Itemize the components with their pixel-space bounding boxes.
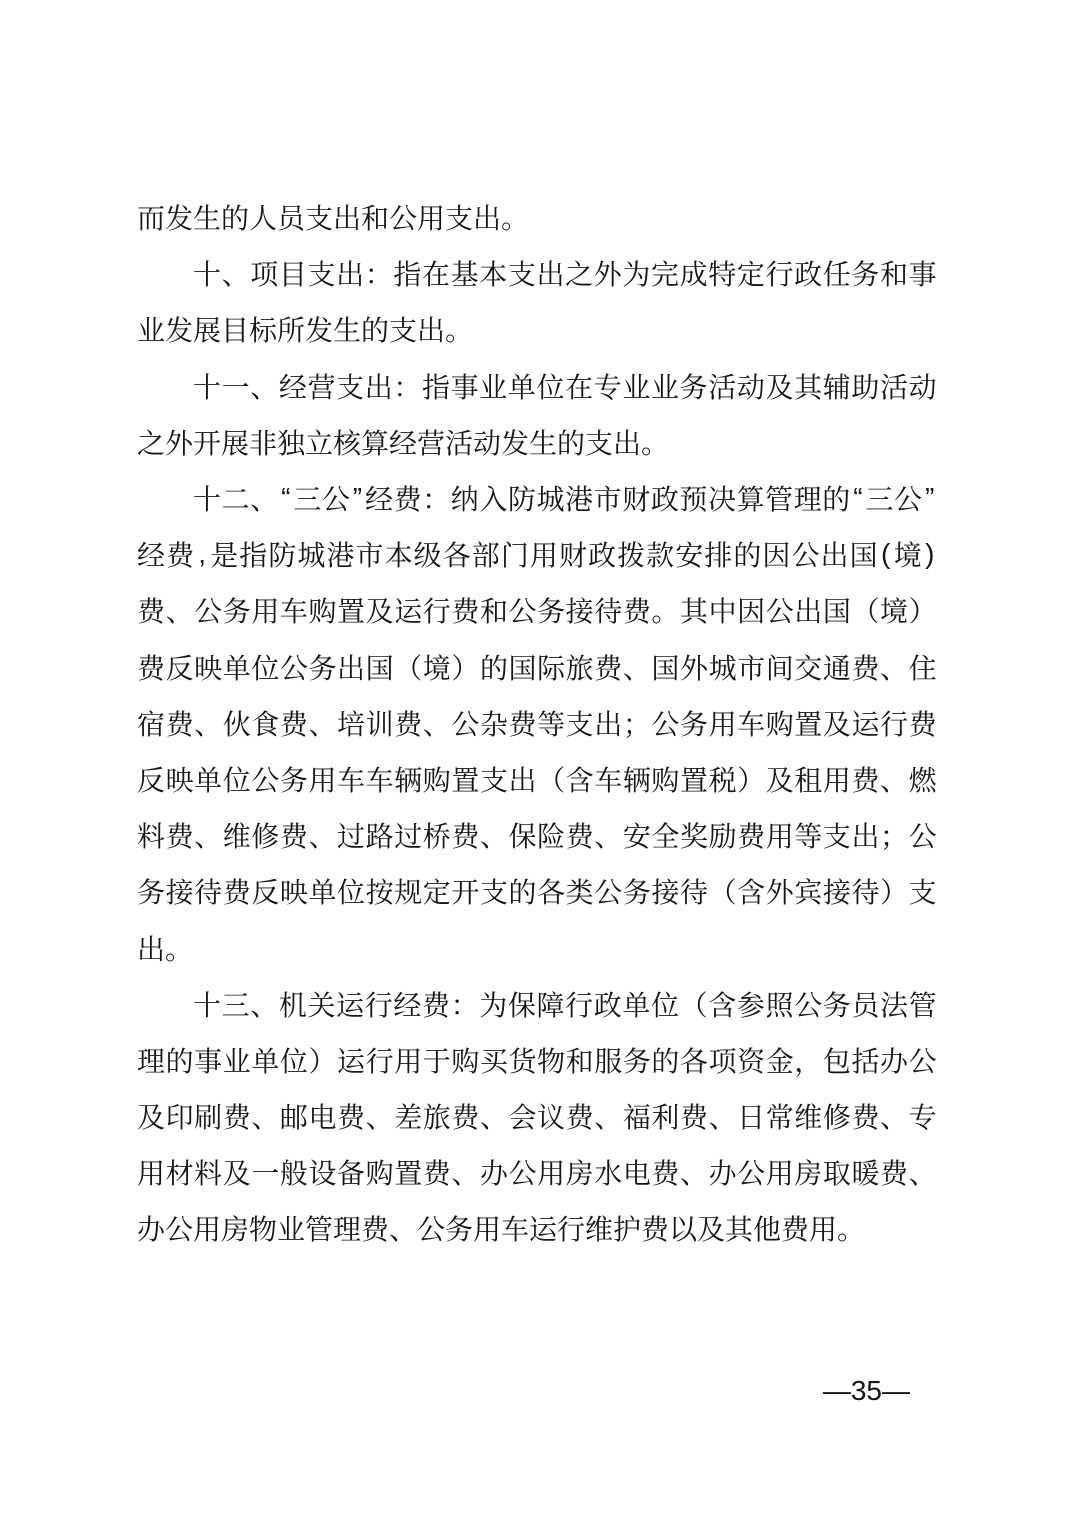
text-line: 业发展目标所发生的支出。: [137, 301, 937, 357]
document-page: 而发生的人员支出和公用支出。十、项目支出：指在基本支出之外为完成特定行政任务和事…: [0, 0, 1074, 1518]
text-line: 办公用房物业管理费、公务用车运行维护费以及其他费用。: [137, 1200, 937, 1256]
text-line: 出。: [137, 919, 937, 975]
text-line: 十、项目支出：指在基本支出之外为完成特定行政任务和事: [137, 245, 937, 301]
page-number: —35—: [823, 1377, 910, 1405]
text-line: 费反映单位公务出国（境）的国际旅费、国外城市间交通费、住: [137, 639, 937, 695]
text-line: 十一、经营支出：指事业单位在专业业务活动及其辅助活动: [137, 358, 937, 414]
text-line: 务接待费反映单位按规定开支的各类公务接待（含外宾接待）支: [137, 863, 937, 919]
text-line: 十二、“三公”经费：纳入防城港市财政预决算管理的“三公”: [137, 470, 937, 526]
text-line: 宿费、伙食费、培训费、公杂费等支出；公务用车购置及运行费: [137, 695, 937, 751]
text-line: 经费,是指防城港市本级各部门用财政拨款安排的因公出国(境): [137, 526, 937, 582]
text-line: 反映单位公务用车车辆购置支出（含车辆购置税）及租用费、燃: [137, 751, 937, 807]
text-line: 十三、机关运行经费：为保障行政单位（含参照公务员法管: [137, 976, 937, 1032]
text-line: 费、公务用车购置及运行费和公务接待费。其中因公出国（境）: [137, 582, 937, 638]
text-line: 之外开展非独立核算经营活动发生的支出。: [137, 414, 937, 470]
text-line: 料费、维修费、过路过桥费、保险费、安全奖励费用等支出；公: [137, 807, 937, 863]
text-line: 而发生的人员支出和公用支出。: [137, 189, 937, 245]
document-body: 而发生的人员支出和公用支出。十、项目支出：指在基本支出之外为完成特定行政任务和事…: [137, 189, 937, 1257]
text-line: 理的事业单位）运行用于购买货物和服务的各项资金，包括办公: [137, 1032, 937, 1088]
text-line: 及印刷费、邮电费、差旅费、会议费、福利费、日常维修费、专: [137, 1088, 937, 1144]
text-line: 用材料及一般设备购置费、办公用房水电费、办公用房取暖费、: [137, 1144, 937, 1200]
